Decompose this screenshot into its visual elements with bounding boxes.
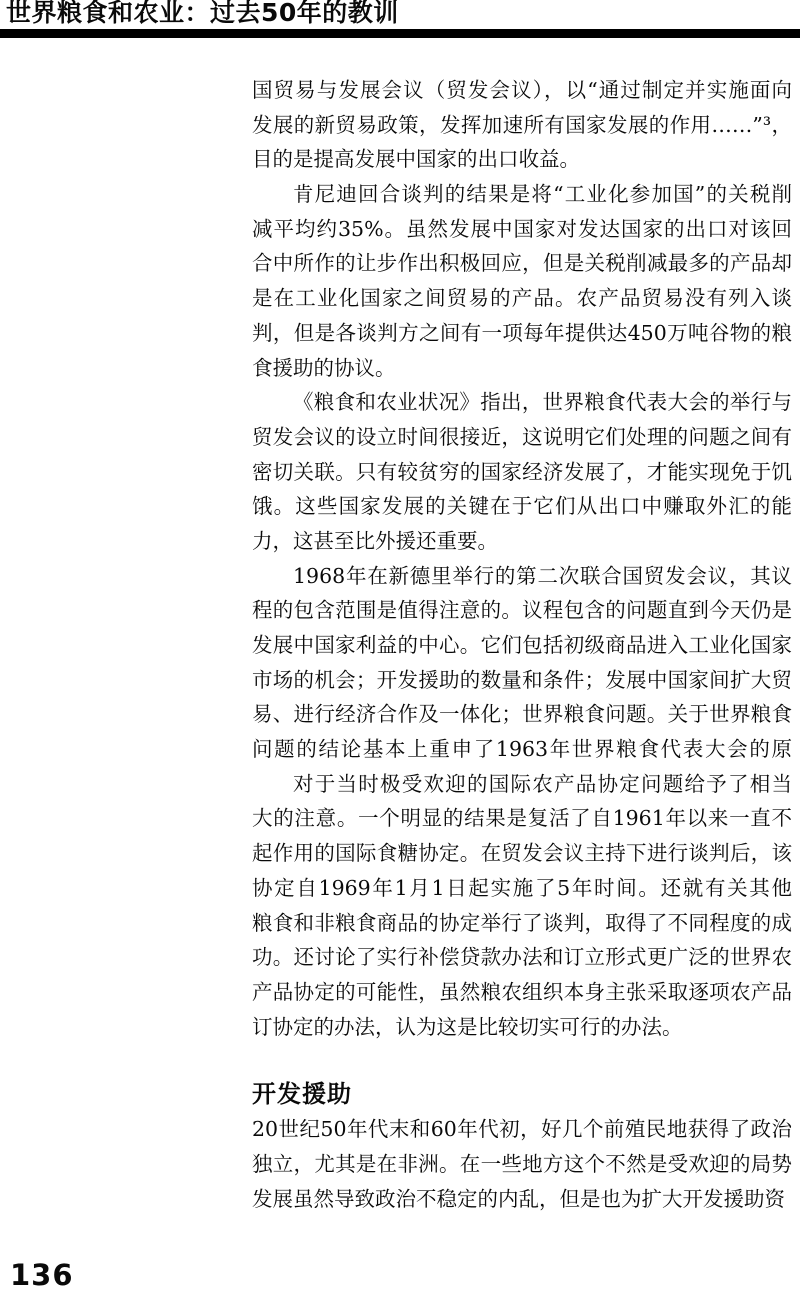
page-body: 国贸易与发展会议（贸发会议），以“通过制定并实施面向发展的新贸易政策，发挥加速所… <box>252 73 792 1216</box>
text-line: 1968年在新德里举行的第二次联合国贸发会议，其议 <box>252 559 792 594</box>
text-line: 判，但是各谈判方之间有一项每年提供达450万吨谷物的粮 <box>252 316 792 351</box>
text-line: 是在工业化国家之间贸易的产品。农产品贸易没有列入谈 <box>252 281 792 316</box>
text-line: 易、进行经济合作及一体化；世界粮食问题。关于世界粮食 <box>252 697 792 732</box>
text-line: 20世纪50年代末和60年代初，好几个前殖民地获得了政治 <box>252 1112 792 1147</box>
text-line: 发展的新贸易政策，发挥加速所有国家发展的作用……”³， <box>252 108 792 143</box>
text-line: 《粮食和农业状况》指出，世界粮食代表大会的举行与 <box>252 385 792 420</box>
text-line: 大的注意。一个明显的结果是复活了自1961年以来一直不 <box>252 801 792 836</box>
text-line: 密切关联。只有较贫穷的国家经济发展了，才能实现免于饥 <box>252 455 792 490</box>
header-rule <box>0 29 800 38</box>
text-line: 程的包含范围是值得注意的。议程包含的问题直到今天仍是 <box>252 593 792 628</box>
text-line: 对于当时极受欢迎的国际农产品协定问题给予了相当 <box>252 767 792 802</box>
text-line: 国贸易与发展会议（贸发会议），以“通过制定并实施面向 <box>252 73 792 108</box>
text-line: 发展中国家利益的中心。它们包括初级商品进入工业化国家 <box>252 628 792 663</box>
text-line: 贸发会议的设立时间很接近，这说明它们处理的问题之间有 <box>252 420 792 455</box>
page-header-title: 世界粮食和农业：过去50年的教训 <box>6 0 399 28</box>
text-line: 粮食和非粮食商品的协定举行了谈判，取得了不同程度的成 <box>252 906 792 941</box>
text-line: 肯尼迪回合谈判的结果是将“工业化参加国”的关税削 <box>252 177 792 212</box>
text-line: 独立，尤其是在非洲。在一些地方这个不然是受欢迎的局势 <box>252 1147 792 1182</box>
text-line: 功。还讨论了实行补偿贷款办法和订立形式更广泛的世界农 <box>252 940 792 975</box>
page-number: 136 <box>10 1258 74 1292</box>
text-line: 问题的结论基本上重申了1963年世界粮食代表大会的原则。 <box>252 732 792 767</box>
text-line: 市场的机会；开发援助的数量和条件；发展中国家间扩大贸 <box>252 663 792 698</box>
text-line: 饿。这些国家发展的关键在于它们从出口中赚取外汇的能 <box>252 489 792 524</box>
section-heading: 开发援助 <box>252 1076 792 1112</box>
text-line: 起作用的国际食糖协定。在贸发会议主持下进行谈判后，该 <box>252 836 792 871</box>
text-line: 食援助的协议。 <box>252 351 792 386</box>
text-line: 减平均约35%。虽然发展中国家对发达国家的出口对该回 <box>252 212 792 247</box>
text-line: 目的是提高发展中国家的出口收益。 <box>252 142 792 177</box>
text-line: 订协定的办法，认为这是比较切实可行的办法。 <box>252 1010 792 1045</box>
text-line: 力，这甚至比外援还重要。 <box>252 524 792 559</box>
text-line: 产品协定的可能性，虽然粮农组织本身主张采取逐项农产品 <box>252 975 792 1010</box>
text-line: 合中所作的让步作出积极回应，但是关税削减最多的产品却 <box>252 246 792 281</box>
text-line: 发展虽然导致政治不稳定的内乱，但是也为扩大开发援助资 <box>252 1182 792 1217</box>
text-line: 协定自1969年1月1日起实施了5年时间。还就有关其他 <box>252 871 792 906</box>
